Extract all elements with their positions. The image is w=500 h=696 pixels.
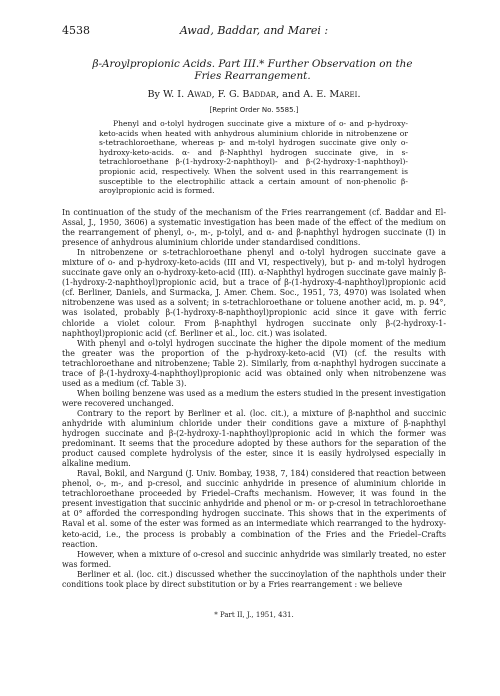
body-text: In continuation of the study of the mech… bbox=[62, 208, 446, 590]
byline-separator-1: , F. G. bbox=[212, 89, 243, 100]
running-title: Awad, Baddar, and Marei : bbox=[62, 24, 446, 37]
body-paragraph-5: Contrary to the report by Berliner et al… bbox=[62, 409, 446, 469]
author-surname-1: Awad bbox=[187, 89, 211, 100]
running-header: 4538 Awad, Baddar, and Marei : bbox=[62, 24, 446, 38]
abstract: Phenyl and o-tolyl hydrogen succinate gi… bbox=[99, 119, 408, 196]
reprint-order: [Reprint Order No. 5585.] bbox=[62, 106, 446, 114]
body-paragraph-6: Raval, Bokil, and Nargund (J. Univ. Bomb… bbox=[62, 469, 446, 549]
author-surname-3: Marei bbox=[329, 89, 357, 100]
body-paragraph-1: In continuation of the study of the mech… bbox=[62, 208, 446, 248]
byline-prefix: By W. I. bbox=[147, 89, 187, 100]
body-paragraph-4: When boiling benzene was used as a mediu… bbox=[62, 389, 446, 409]
footnote: * Part II, J., 1951, 431. bbox=[62, 611, 446, 619]
article-title-line-2: Fries Rearrangement. bbox=[70, 70, 435, 82]
author-byline: By W. I. Awad, F. G. Baddar, and A. E. M… bbox=[62, 89, 446, 100]
body-paragraph-8: Berliner et al. (loc. cit.) discussed wh… bbox=[62, 570, 446, 590]
abstract-text: Phenyl and o-tolyl hydrogen succinate gi… bbox=[99, 119, 408, 196]
byline-suffix: . bbox=[357, 89, 360, 100]
body-paragraph-3: With phenyl and o-tolyl hydrogen succina… bbox=[62, 339, 446, 389]
byline-separator-2: , and A. E. bbox=[276, 89, 329, 100]
body-paragraph-7: However, when a mixture of o-cresol and … bbox=[62, 550, 446, 570]
article-title: β-Aroylpropionic Acids. Part III.* Furth… bbox=[70, 58, 435, 82]
body-paragraph-2: In nitrobenzene or s-tetrachloroethane p… bbox=[62, 248, 446, 338]
article-title-line-1: β-Aroylpropionic Acids. Part III.* Furth… bbox=[70, 58, 435, 70]
journal-page: 4538 Awad, Baddar, and Marei : β-Aroylpr… bbox=[0, 0, 500, 696]
author-surname-2: Baddar bbox=[242, 89, 276, 100]
